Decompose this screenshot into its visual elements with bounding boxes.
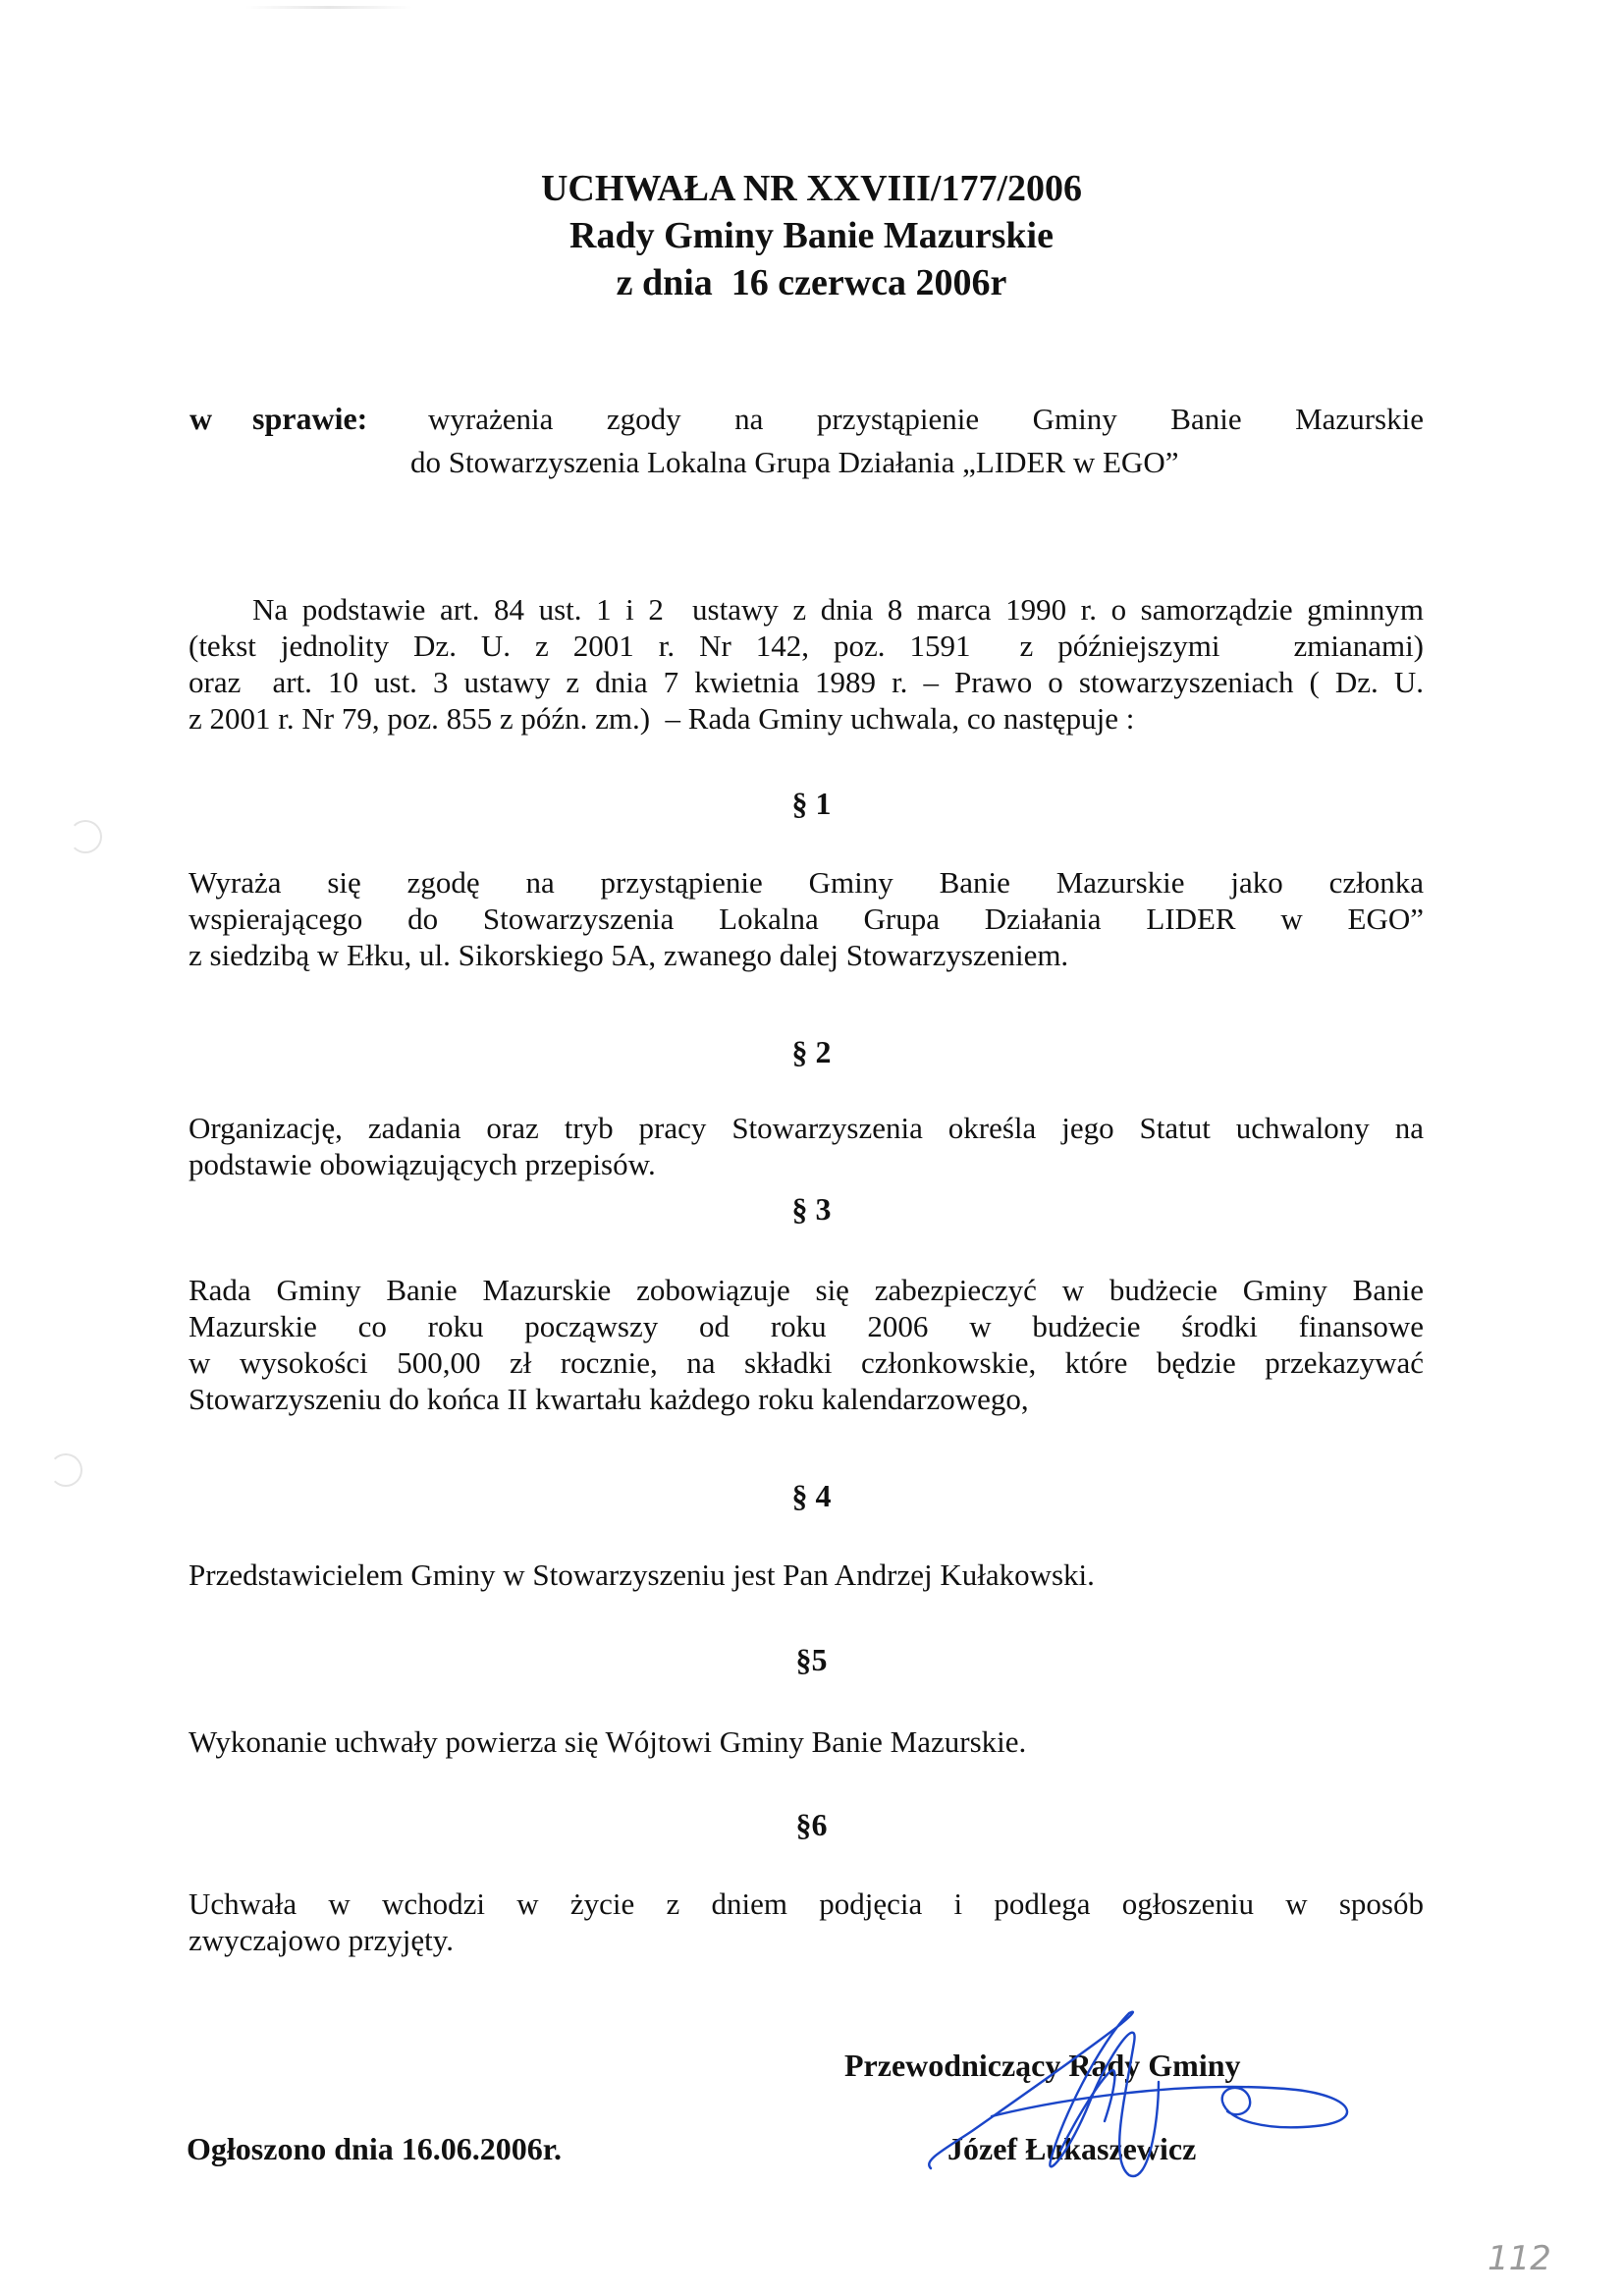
text-line: Stowarzyszeniu do końca II kwartału każd… bbox=[189, 1381, 1424, 1417]
text-line: z 2001 r. Nr 79, poz. 855 z późn. zm.) –… bbox=[189, 700, 1424, 737]
section-heading: § 1 bbox=[0, 786, 1623, 822]
text-line: w wysokości 500,00 zł rocznie, na składk… bbox=[189, 1344, 1424, 1381]
subject-word: Gminy bbox=[1033, 401, 1117, 437]
section-heading: § 3 bbox=[0, 1191, 1623, 1228]
text-line: Na podstawie art. 84 ust. 1 i 2 ustawy z… bbox=[189, 591, 1424, 628]
subject-word: przystąpienie bbox=[817, 401, 979, 437]
subject-prefix-label: sprawie: bbox=[252, 401, 367, 437]
text-line: Przedstawicielem Gminy w Stowarzyszeniu … bbox=[189, 1557, 1424, 1593]
punch-hole-mark bbox=[69, 820, 102, 853]
subject-prefix-w: w bbox=[189, 401, 212, 437]
text-line: zwyczajowo przyjęty. bbox=[189, 1922, 1424, 1958]
subject-word: Banie bbox=[1170, 401, 1241, 437]
resolution-number: UCHWAŁA NR XXVIII/177/2006 bbox=[0, 165, 1623, 212]
subject-word: wyrażenia bbox=[428, 401, 553, 437]
section-body: Uchwała w wchodzi w życie z dniem podjęc… bbox=[189, 1886, 1424, 1958]
text-line: Uchwała w wchodzi w życie z dniem podjęc… bbox=[189, 1886, 1424, 1922]
announcement-date: Ogłoszono dnia 16.06.2006r. bbox=[187, 2131, 562, 2167]
text-line: (tekst jednolity Dz. U. z 2001 r. Nr 142… bbox=[189, 628, 1424, 664]
subject-word: na bbox=[734, 401, 763, 437]
signature-icon bbox=[903, 2003, 1355, 2200]
text-line: Wykonanie uchwały powierza się Wójtowi G… bbox=[189, 1723, 1424, 1760]
text-line: Organizację, zadania oraz tryb pracy Sto… bbox=[189, 1110, 1424, 1146]
text-line: oraz art. 10 ust. 3 ustawy z dnia 7 kwie… bbox=[189, 664, 1424, 700]
resolution-date: z dnia 16 czerwca 2006r bbox=[0, 259, 1623, 306]
subject-word: Mazurskie bbox=[1295, 401, 1424, 437]
resolution-title: UCHWAŁA NR XXVIII/177/2006 Rady Gminy Ba… bbox=[0, 165, 1623, 306]
preamble: Na podstawie art. 84 ust. 1 i 2 ustawy z… bbox=[189, 591, 1424, 737]
text-line: Wyraża się zgodę na przystąpienie Gminy … bbox=[189, 864, 1424, 901]
council-name: Rady Gminy Banie Mazurskie bbox=[0, 212, 1623, 259]
text-line: Mazurskie co roku począwszy od roku 2006… bbox=[189, 1308, 1424, 1344]
section-body: Przedstawicielem Gminy w Stowarzyszeniu … bbox=[189, 1557, 1424, 1593]
text-line: Rada Gminy Banie Mazurskie zobowiązuje s… bbox=[189, 1272, 1424, 1308]
subject-line-1: wyrażeniazgodynaprzystąpienieGminyBanieM… bbox=[428, 401, 1424, 437]
section-heading: §6 bbox=[0, 1807, 1623, 1843]
text-line: podstawie obowiązujących przepisów. bbox=[189, 1146, 1424, 1182]
text-line: z siedzibą w Ełku, ul. Sikorskiego 5A, z… bbox=[189, 937, 1424, 973]
section-body: Wyraża się zgodę na przystąpienie Gminy … bbox=[189, 864, 1424, 973]
section-body: Wykonanie uchwały powierza się Wójtowi G… bbox=[189, 1723, 1424, 1760]
section-heading: §5 bbox=[0, 1642, 1623, 1678]
page-number: 112 bbox=[1488, 2239, 1551, 2278]
text-line: wspierającego do Stowarzyszenia Lokalna … bbox=[189, 901, 1424, 937]
section-body: Rada Gminy Banie Mazurskie zobowiązuje s… bbox=[189, 1272, 1424, 1417]
subject-line-2: do Stowarzyszenia Lokalna Grupa Działani… bbox=[410, 444, 1178, 480]
section-body: Organizację, zadania oraz tryb pracy Sto… bbox=[189, 1110, 1424, 1182]
scan-artifact-line bbox=[245, 6, 412, 9]
section-heading: § 2 bbox=[0, 1034, 1623, 1070]
subject-word: zgody bbox=[607, 401, 681, 437]
section-heading: § 4 bbox=[0, 1478, 1623, 1514]
